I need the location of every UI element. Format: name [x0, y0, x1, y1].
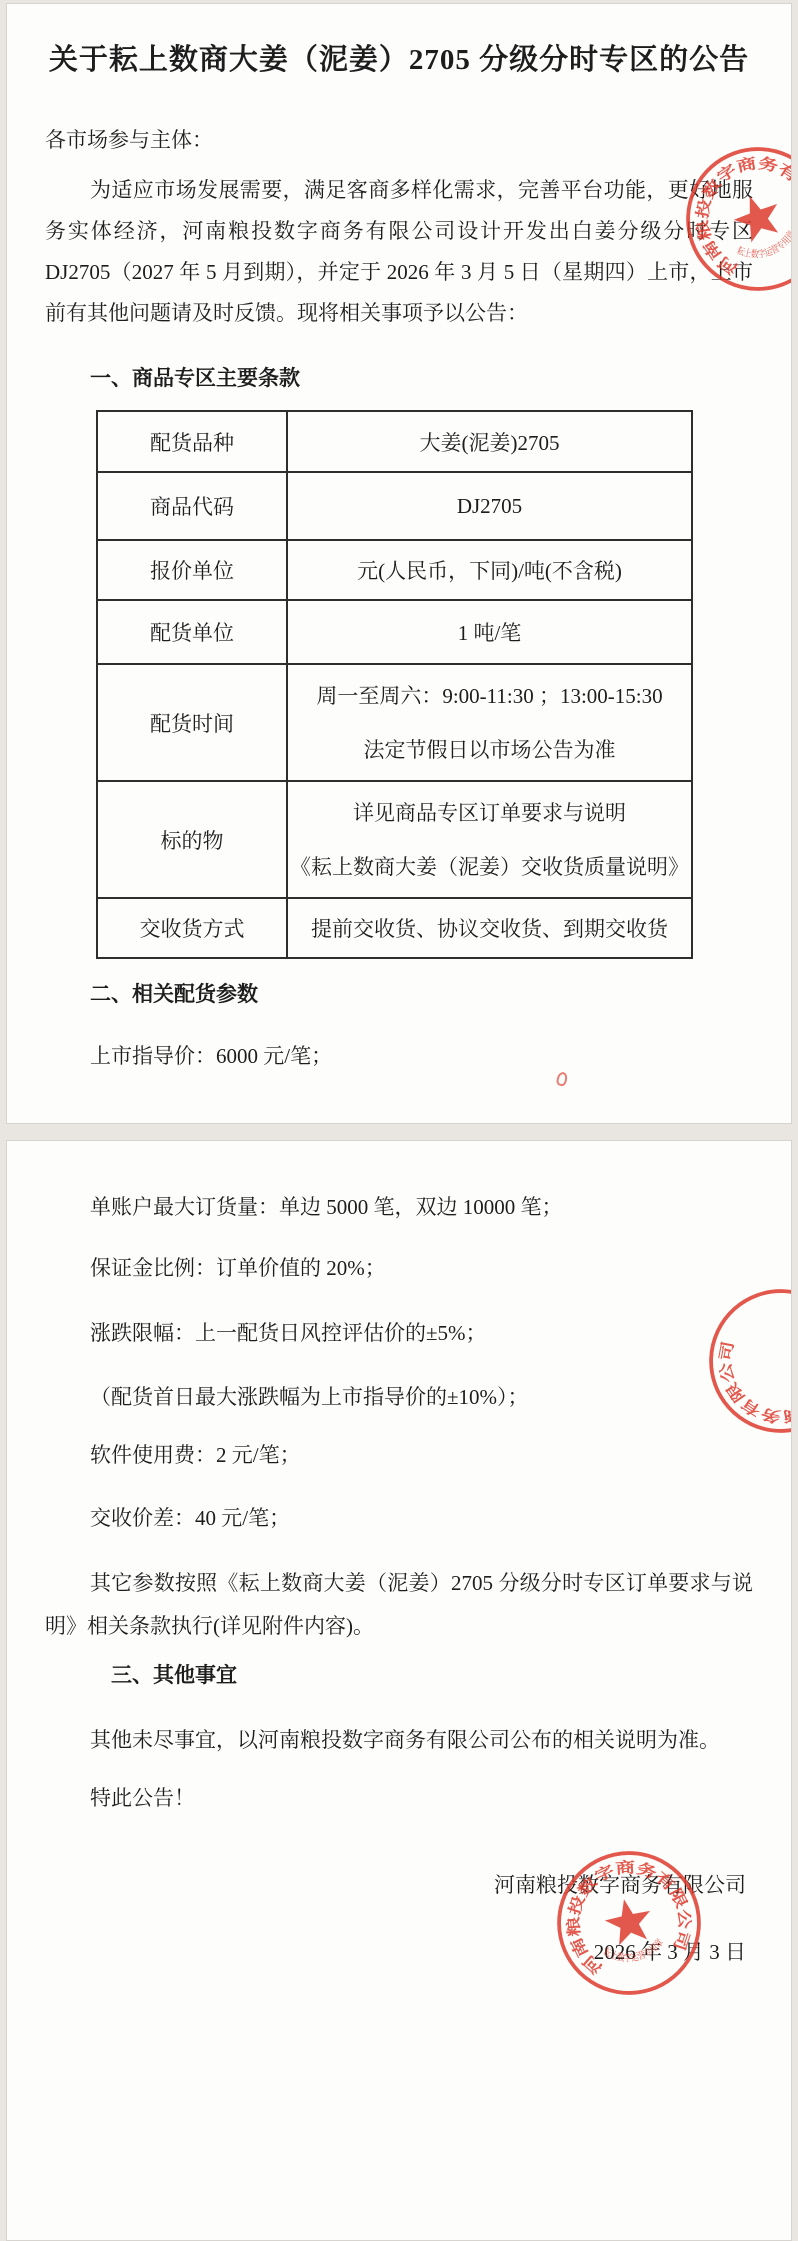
row-value: DJ2705: [287, 472, 692, 540]
terms-table: 配货品种 大姜(泥姜)2705 商品代码 DJ2705 报价单位 元(人民币，下…: [96, 410, 693, 959]
table-row: 商品代码 DJ2705: [97, 472, 692, 540]
table-row: 标的物 详见商品专区订单要求与说明 《耘上数商大姜（泥姜）交收货质量说明》: [97, 781, 692, 898]
param-line: 涨跌限幅：上一配货日风控评估价的±5%；: [45, 1313, 753, 1354]
row-label: 标的物: [97, 781, 287, 898]
table-row: 配货时间 周一至周六：9:00-11:30 ；13:00-15:30 法定节假日…: [97, 664, 692, 781]
other-matters-line: 其他未尽事宜，以河南粮投数字商务有限公司公布的相关说明为准。: [45, 1720, 753, 1761]
row-value: 周一至周六：9:00-11:30 ；13:00-15:30 法定节假日以市场公告…: [287, 664, 692, 781]
official-seal-stamp-partial: 河南粮投数字商务有限公司: [684, 1264, 792, 1459]
intro-paragraph: 为适应市场发展需要，满足客商多样化需求，完善平台功能，更好地服务实体经济，河南粮…: [45, 170, 753, 334]
table-row: 配货品种 大姜(泥姜)2705: [97, 411, 692, 472]
other-params-paragraph: 其它参数按照《耘上数商大姜（泥姜）2705 分级分时专区订单要求与说明》相关条款…: [45, 1562, 753, 1648]
row-value: 元(人民币，下同)/吨(不含税): [287, 540, 692, 600]
table-row: 交收货方式 提前交收货、协议交收货、到期交收货: [97, 898, 692, 958]
table-row: 报价单位 元(人民币，下同)/吨(不含税): [97, 540, 692, 600]
param-line: 保证金比例：订单价值的 20%；: [45, 1248, 753, 1289]
signer-line: 河南粮投数字商务有限公司: [45, 1865, 746, 1906]
row-value: 详见商品专区订单要求与说明 《耘上数商大姜（泥姜）交收货质量说明》: [287, 781, 692, 898]
param-line: （配货首日最大涨跌幅为上市指导价的±10%）；: [45, 1377, 753, 1418]
row-value: 提前交收货、协议交收货、到期交收货: [287, 898, 692, 958]
announcement-document: { "page1": { "title": "关于耘上数商大姜（泥姜）2705 …: [0, 0, 798, 2241]
row-value-line: 周一至周六：9:00-11:30 ；13:00-15:30: [288, 669, 691, 723]
section-1-heading: 一、商品专区主要条款: [45, 358, 753, 399]
page-2: 单账户最大订货量：单边 5000 笔，双边 10000 笔； 保证金比例：订单价…: [6, 1140, 792, 2241]
param-line: 单账户最大订货量：单边 5000 笔，双边 10000 笔；: [45, 1187, 753, 1228]
row-value-line: 法定节假日以市场公告为准: [288, 723, 691, 777]
date-line: 2026 年 3 月 3 日: [45, 1932, 746, 1973]
row-label: 配货时间: [97, 664, 287, 781]
param-line: 交收价差：40 元/笔；: [45, 1498, 753, 1539]
row-value-line: 《耘上数商大姜（泥姜）交收货质量说明》: [288, 840, 691, 894]
row-label: 商品代码: [97, 472, 287, 540]
section-2-heading: 二、相关配货参数: [45, 974, 753, 1015]
row-label: 交收货方式: [97, 898, 287, 958]
row-value: 大姜(泥姜)2705: [287, 411, 692, 472]
closing-line: 特此公告！: [45, 1778, 753, 1819]
row-value: 1 吨/笔: [287, 600, 692, 664]
row-label: 配货单位: [97, 600, 287, 664]
page-title: 关于耘上数商大姜（泥姜）2705 分级分时专区的公告: [45, 40, 753, 80]
row-label: 报价单位: [97, 540, 287, 600]
guide-price-line: 上市指导价：6000 元/笔；: [45, 1036, 753, 1077]
row-value-line: 详见商品专区订单要求与说明: [288, 786, 691, 840]
param-line: 软件使用费：2 元/笔；: [45, 1435, 753, 1476]
row-label: 配货品种: [97, 411, 287, 472]
table-row: 配货单位 1 吨/笔: [97, 600, 692, 664]
page-1: 关于耘上数商大姜（泥姜）2705 分级分时专区的公告 各市场参与主体： 为适应市…: [6, 3, 792, 1124]
salutation: 各市场参与主体：: [45, 120, 753, 161]
section-3-heading: 三、其他事宜: [45, 1655, 753, 1696]
official-seal-stamp: 河南粮投数字商务有限公司 耘上数字运营专用章: [539, 1833, 719, 2013]
